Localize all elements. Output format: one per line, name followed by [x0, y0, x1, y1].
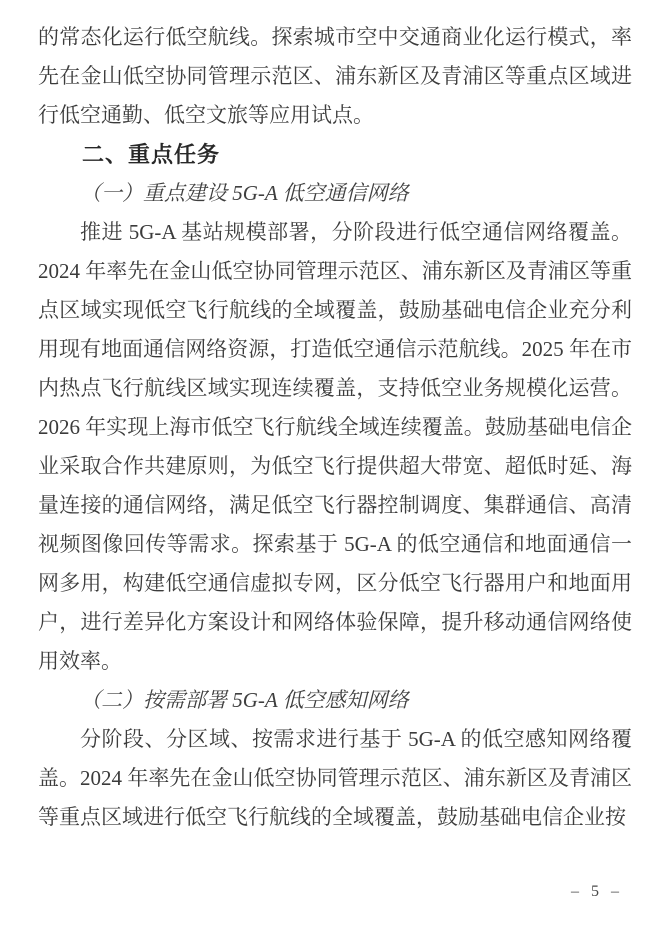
document-page: 的常态化运行低空航线。探索城市空中交通商业化运行模式，率先在金山低空协同管理示范… [0, 0, 665, 935]
subsection-2-heading: （二）按需部署 5G-A 低空感知网络 [38, 681, 632, 720]
paragraph-continuation: 的常态化运行低空航线。探索城市空中交通商业化运行模式，率先在金山低空协同管理示范… [38, 18, 632, 135]
page-number: – 5 – [571, 872, 623, 911]
section-heading: 二、重点任务 [38, 135, 632, 174]
subsection-1-heading: （一）重点建设 5G-A 低空通信网络 [38, 174, 632, 213]
subsection-2-paragraph: 分阶段、分区域、按需求进行基于 5G-A 的低空感知网络覆盖。2024 年率先在… [38, 720, 632, 837]
subsection-1-paragraph: 推进 5G-A 基站规模部署，分阶段进行低空通信网络覆盖。2024 年率先在金山… [38, 213, 632, 681]
